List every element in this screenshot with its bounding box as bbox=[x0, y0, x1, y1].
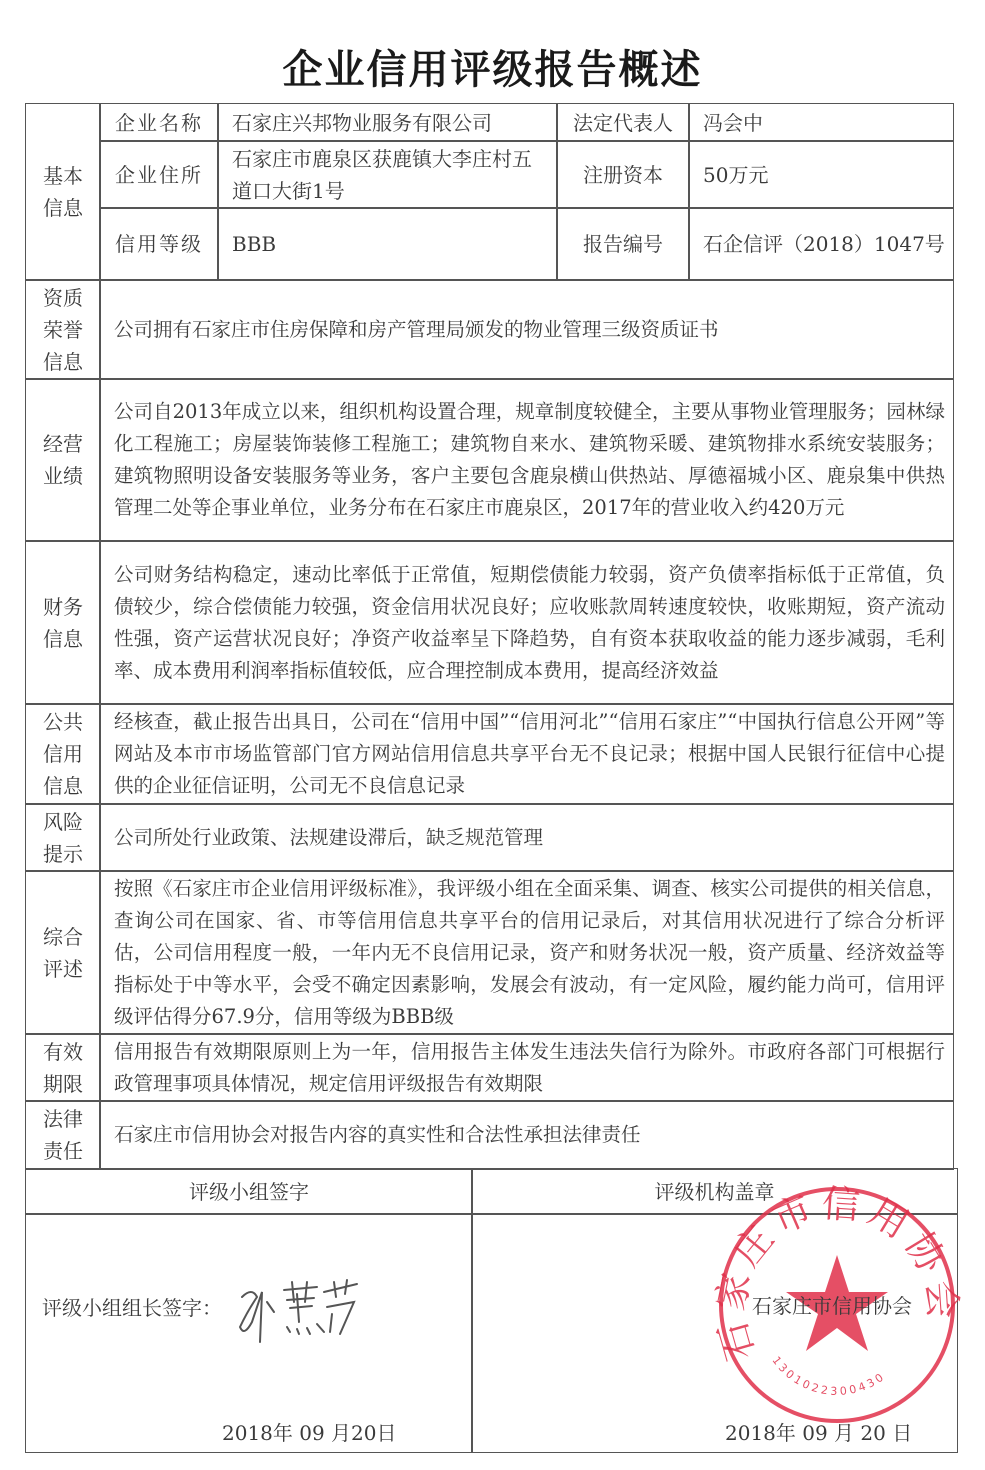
section-label-text: 有效期限 bbox=[41, 1036, 85, 1100]
section-label-text: 资质荣誉信息 bbox=[41, 282, 85, 378]
section-label-text: 财务信息 bbox=[41, 591, 85, 655]
section-label-legal: 法律责任 bbox=[25, 1100, 101, 1170]
capital-label: 注册资本 bbox=[556, 140, 690, 209]
section-text-summary: 按照《石家庄市企业信用评级标准》，我评级小组在全面采集、调查、核实公司提供的相关… bbox=[99, 870, 954, 1035]
handwritten-signature bbox=[232, 1272, 362, 1352]
leader-signature-label: 评级小组组长签字： bbox=[42, 1292, 222, 1321]
rating-value: BBB bbox=[217, 207, 558, 281]
section-label-validity: 有效期限 bbox=[25, 1033, 101, 1102]
address-label: 企业住所 bbox=[99, 140, 219, 209]
company-name-value: 石家庄兴邦物业服务有限公司 bbox=[217, 103, 558, 142]
section-label-summary: 综合评述 bbox=[25, 870, 101, 1035]
section-label-qualification: 资质荣誉信息 bbox=[25, 279, 101, 380]
rating-label: 信用等级 bbox=[99, 207, 219, 281]
section-text-finance: 公司财务结构稳定，速动比率低于正常值，短期偿债能力较弱，资产负债率指标低于正常值… bbox=[99, 540, 954, 705]
section-label-finance: 财务信息 bbox=[25, 540, 101, 705]
section-text-operations: 公司自2013年成立以来，组织机构设置合理，规章制度较健全，主要从事物业管理服务… bbox=[99, 378, 954, 542]
address-value: 石家庄市鹿泉区获鹿镇大李庄村五道口大街1号 bbox=[217, 140, 558, 209]
org-date: 2018年 09 月 20 日 bbox=[725, 1417, 912, 1446]
section-text-qualification: 公司拥有石家庄市住房保障和房产管理局颁发的物业管理三级资质证书 bbox=[99, 279, 954, 380]
team-date: 2018年 09 月20日 bbox=[222, 1417, 397, 1446]
legal-rep-label: 法定代表人 bbox=[556, 103, 690, 142]
section-label-text: 法律责任 bbox=[41, 1103, 85, 1167]
section-text-legal: 石家庄市信用协会对报告内容的真实性和合法性承担法律责任 bbox=[99, 1100, 954, 1170]
section-text-risk: 公司所处行业政策、法规建设滞后，缺乏规范管理 bbox=[99, 803, 954, 872]
section-label-public-credit: 公共信用信息 bbox=[25, 703, 101, 805]
section-label-operations: 经营业绩 bbox=[25, 378, 101, 542]
section-label-risk: 风险提示 bbox=[25, 803, 101, 872]
section-text-public-credit: 经核查，截止报告出具日，公司在“信用中国”“信用河北”“信用石家庄”“中国执行信… bbox=[99, 703, 954, 805]
page-title: 企业信用评级报告概述 bbox=[0, 38, 985, 95]
report-no-value: 石企信评（2018）1047号 bbox=[688, 207, 954, 281]
section-label-text: 基本信息 bbox=[41, 160, 85, 224]
section-label-text: 风险提示 bbox=[41, 806, 85, 870]
report-no-label: 报告编号 bbox=[556, 207, 690, 281]
section-label-text: 公共信用信息 bbox=[41, 706, 85, 802]
capital-value: 50万元 bbox=[688, 140, 954, 209]
section-label-text: 经营业绩 bbox=[41, 428, 85, 492]
section-text-validity: 信用报告有效期限原则上为一年，信用报告主体发生违法失信行为除外。市政府各部门可根… bbox=[99, 1033, 954, 1102]
org-name: 石家庄市信用协会 bbox=[752, 1290, 912, 1319]
svg-text:1301022300430: 1301022300430 bbox=[769, 1354, 888, 1398]
company-name-label: 企业名称 bbox=[99, 103, 219, 142]
team-signature-header: 评级小组签字 bbox=[25, 1168, 473, 1215]
section-label-text: 综合评述 bbox=[41, 921, 85, 985]
section-label-basic-info: 基本信息 bbox=[25, 103, 101, 281]
legal-rep-value: 冯会中 bbox=[688, 103, 954, 142]
